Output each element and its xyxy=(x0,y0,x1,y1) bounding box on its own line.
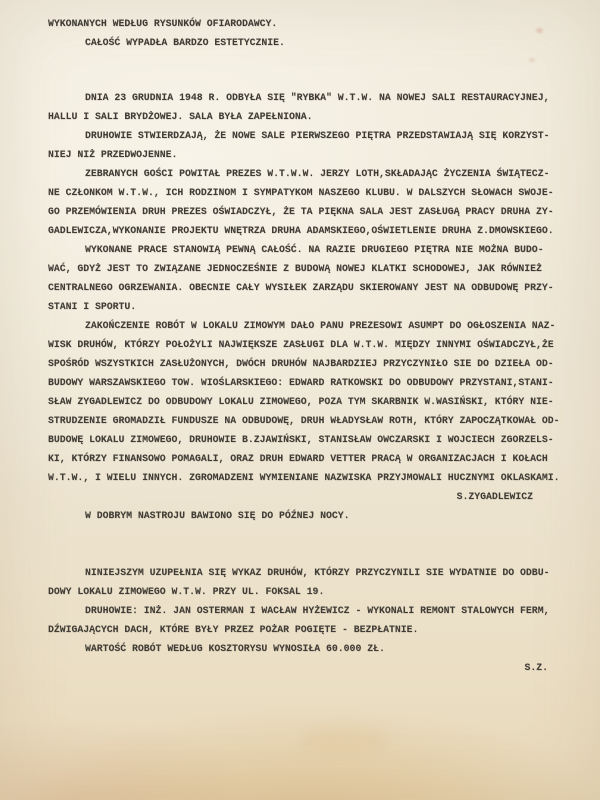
signature-initials: S.Z. xyxy=(48,658,576,677)
typewritten-line: NIEJ NIŻ PRZEDWOJENNE. xyxy=(48,145,576,164)
typewritten-text-block: WYKONANYCH WEDŁUG RYSUNKÓW OFIARODAWCY. … xyxy=(48,14,576,677)
typewritten-line: BUDOWĘ LOKALU ZIMOWEGO, DRUHOWIE B.ZJAWI… xyxy=(48,430,576,449)
typewritten-line: SPOŚRÓD WSZYSTKICH ZASŁUŻONYCH, DWÓCH DR… xyxy=(48,354,576,373)
typewritten-line: CENTRALNEGO OGRZEWANIA. OBECNIE CAŁY WYS… xyxy=(48,278,576,297)
typewritten-line: BUDOWY WARSZAWSKIEGO TOW. WIOŚLARSKIEGO:… xyxy=(48,373,576,392)
typewritten-line: KI, KTÓRZY FINANSOWO POMAGALI, ORAZ DRUH… xyxy=(48,449,576,468)
typewritten-line: DŹWIGAJĄCYCH DACH, KTÓRE BYŁY PRZEZ POŻA… xyxy=(48,620,576,639)
typewritten-line: CAŁOŚĆ WYPADŁA BARDZO ESTETYCZNIE. xyxy=(48,33,576,52)
typewritten-line: GO PRZEMÓWIENIA DRUH PREZES OŚWIADCZYŁ, … xyxy=(48,202,576,221)
typewritten-line: WAĆ, GDYŻ JEST TO ZWIĄZANE JEDNOCZEŚNIE … xyxy=(48,259,576,278)
typewritten-line: DRUHOWIE STWIERDZAJĄ, ŻE NOWE SALE PIERW… xyxy=(48,126,576,145)
typewritten-line: WARTOŚĆ ROBÓT WEDŁUG KOSZTORYSU WYNOSIŁA… xyxy=(48,639,576,658)
typewritten-line: WYKONANYCH WEDŁUG RYSUNKÓW OFIARODAWCY. xyxy=(48,14,576,33)
paper-stain xyxy=(300,726,390,752)
typewritten-line: W DOBRYM NASTROJU BAWIONO SIĘ DO PÓŹNEJ … xyxy=(48,506,576,525)
typewritten-line: WYKONANE PRACE STANOWIĄ PEWNĄ CAŁOŚĆ. NA… xyxy=(48,240,576,259)
signature-name: S.ZYGADLEWICZ xyxy=(48,487,576,506)
typewritten-line: HALLU I SALI BRYDŻOWEJ. SALA BYŁA ZAPEŁN… xyxy=(48,107,576,126)
typewritten-line: W.T.W., I WIELU INNYCH. ZGROMADZENI WYMI… xyxy=(48,468,576,487)
typewritten-line: NINIEJSZYM UZUPEŁNIA SIĘ WYKAZ DRUHÓW, K… xyxy=(48,563,576,582)
typewritten-line: WISK DRUHÓW, KTÓRZY POŁOŻYLI NAJWIĘKSZE … xyxy=(48,335,576,354)
typewritten-line: DRUHOWIE: INŻ. JAN OSTERMAN I WACŁAW HYŻ… xyxy=(48,601,576,620)
typewritten-line: ZAKOŃCZENIE ROBÓT W LOKALU ZIMOWYM DAŁO … xyxy=(48,316,576,335)
typewritten-line: GADLEWICZA,WYKONANIE PROJEKTU WNĘTRZA DR… xyxy=(48,221,576,240)
typewritten-line: STRUDZENIE GROMADZIŁ FUNDUSZE NA ODBUDOW… xyxy=(48,411,576,430)
typewritten-line: STANI I SPORTU. xyxy=(48,297,576,316)
document-page: WYKONANYCH WEDŁUG RYSUNKÓW OFIARODAWCY. … xyxy=(0,0,600,800)
typewritten-line: ZEBRANYCH GOŚCI POWITAŁ PREZES W.T.W.W. … xyxy=(48,164,576,183)
typewritten-line: NE CZŁONKOM W.T.W., ICH RODZINOM I SYMPA… xyxy=(48,183,576,202)
typewritten-line: DOWY LOKALU ZIMOWEGO W.T.W. PRZY UL. FOK… xyxy=(48,582,576,601)
typewritten-line: SŁAW ZYGADLEWICZ DO ODBUDOWY LOKALU ZIMO… xyxy=(48,392,576,411)
typewritten-line: DNIA 23 GRUDNIA 1948 R. ODBYŁA SIĘ "RYBK… xyxy=(48,88,576,107)
